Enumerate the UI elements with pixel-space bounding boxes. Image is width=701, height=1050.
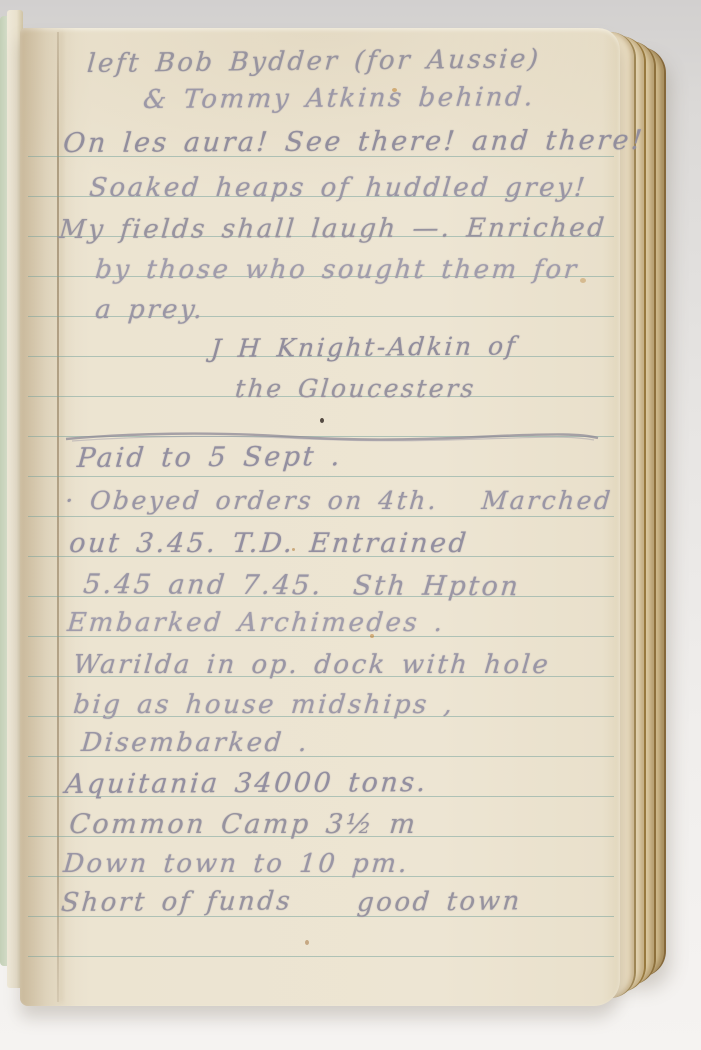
hw-poem-line-2: Soaked heaps of huddled grey!: [88, 174, 588, 203]
hw-diary-line-7: big as house midships ,: [72, 691, 456, 720]
hw-diary-line-9: Aquitania 34000 tons.: [64, 768, 429, 800]
hw-attribution-line-1: J H Knight-Adkin of: [210, 332, 519, 362]
hw-poem-line-5: a prey.: [94, 296, 206, 325]
hw-poem-line-4: by those who sought them for: [94, 256, 580, 285]
ink-speck: [320, 418, 324, 423]
hw-diary-note-good-town: good town: [356, 887, 523, 917]
hw-diary-line-11: Down town to 10 pm.: [62, 850, 410, 879]
hw-poem-line-3: My fields shall laugh —. Enriched: [58, 214, 608, 245]
hw-poem-line-1: On les aura! See there! and there!: [62, 126, 646, 159]
hw-diary-line-6: Warilda in op. dock with hole: [72, 651, 552, 680]
hw-diary-line-1: Paid to 5 Sept .: [76, 442, 343, 474]
hw-diary-line-12: Short of funds: [60, 887, 293, 917]
hw-diary-line-2: · Obeyed orders on 4th. Marched: [64, 487, 614, 515]
photograph-of-notebook: left Bob Bydder (for Aussie) & Tommy Atk…: [0, 0, 701, 1050]
foxing-spot: [580, 278, 586, 283]
hw-diary-line-5: Embarked Archimedes .: [66, 609, 446, 638]
hw-attribution-line-2: the Gloucesters: [234, 375, 477, 403]
hw-header-line-1: left Bob Bydder (for Aussie): [86, 45, 542, 78]
hw-header-line-2: & Tommy Atkins behind.: [142, 83, 536, 114]
hw-diary-line-10: Common Camp 3½ m: [68, 810, 419, 840]
hw-diary-line-3: out 3.45. T.D. Entrained: [68, 529, 470, 559]
hw-diary-line-8: Disembarked .: [80, 729, 310, 758]
foxing-spot: [305, 940, 309, 945]
notebook-page: left Bob Bydder (for Aussie) & Tommy Atk…: [20, 28, 620, 1006]
hw-diary-line-4: 5.45 and 7.45. Sth Hpton: [82, 570, 522, 602]
